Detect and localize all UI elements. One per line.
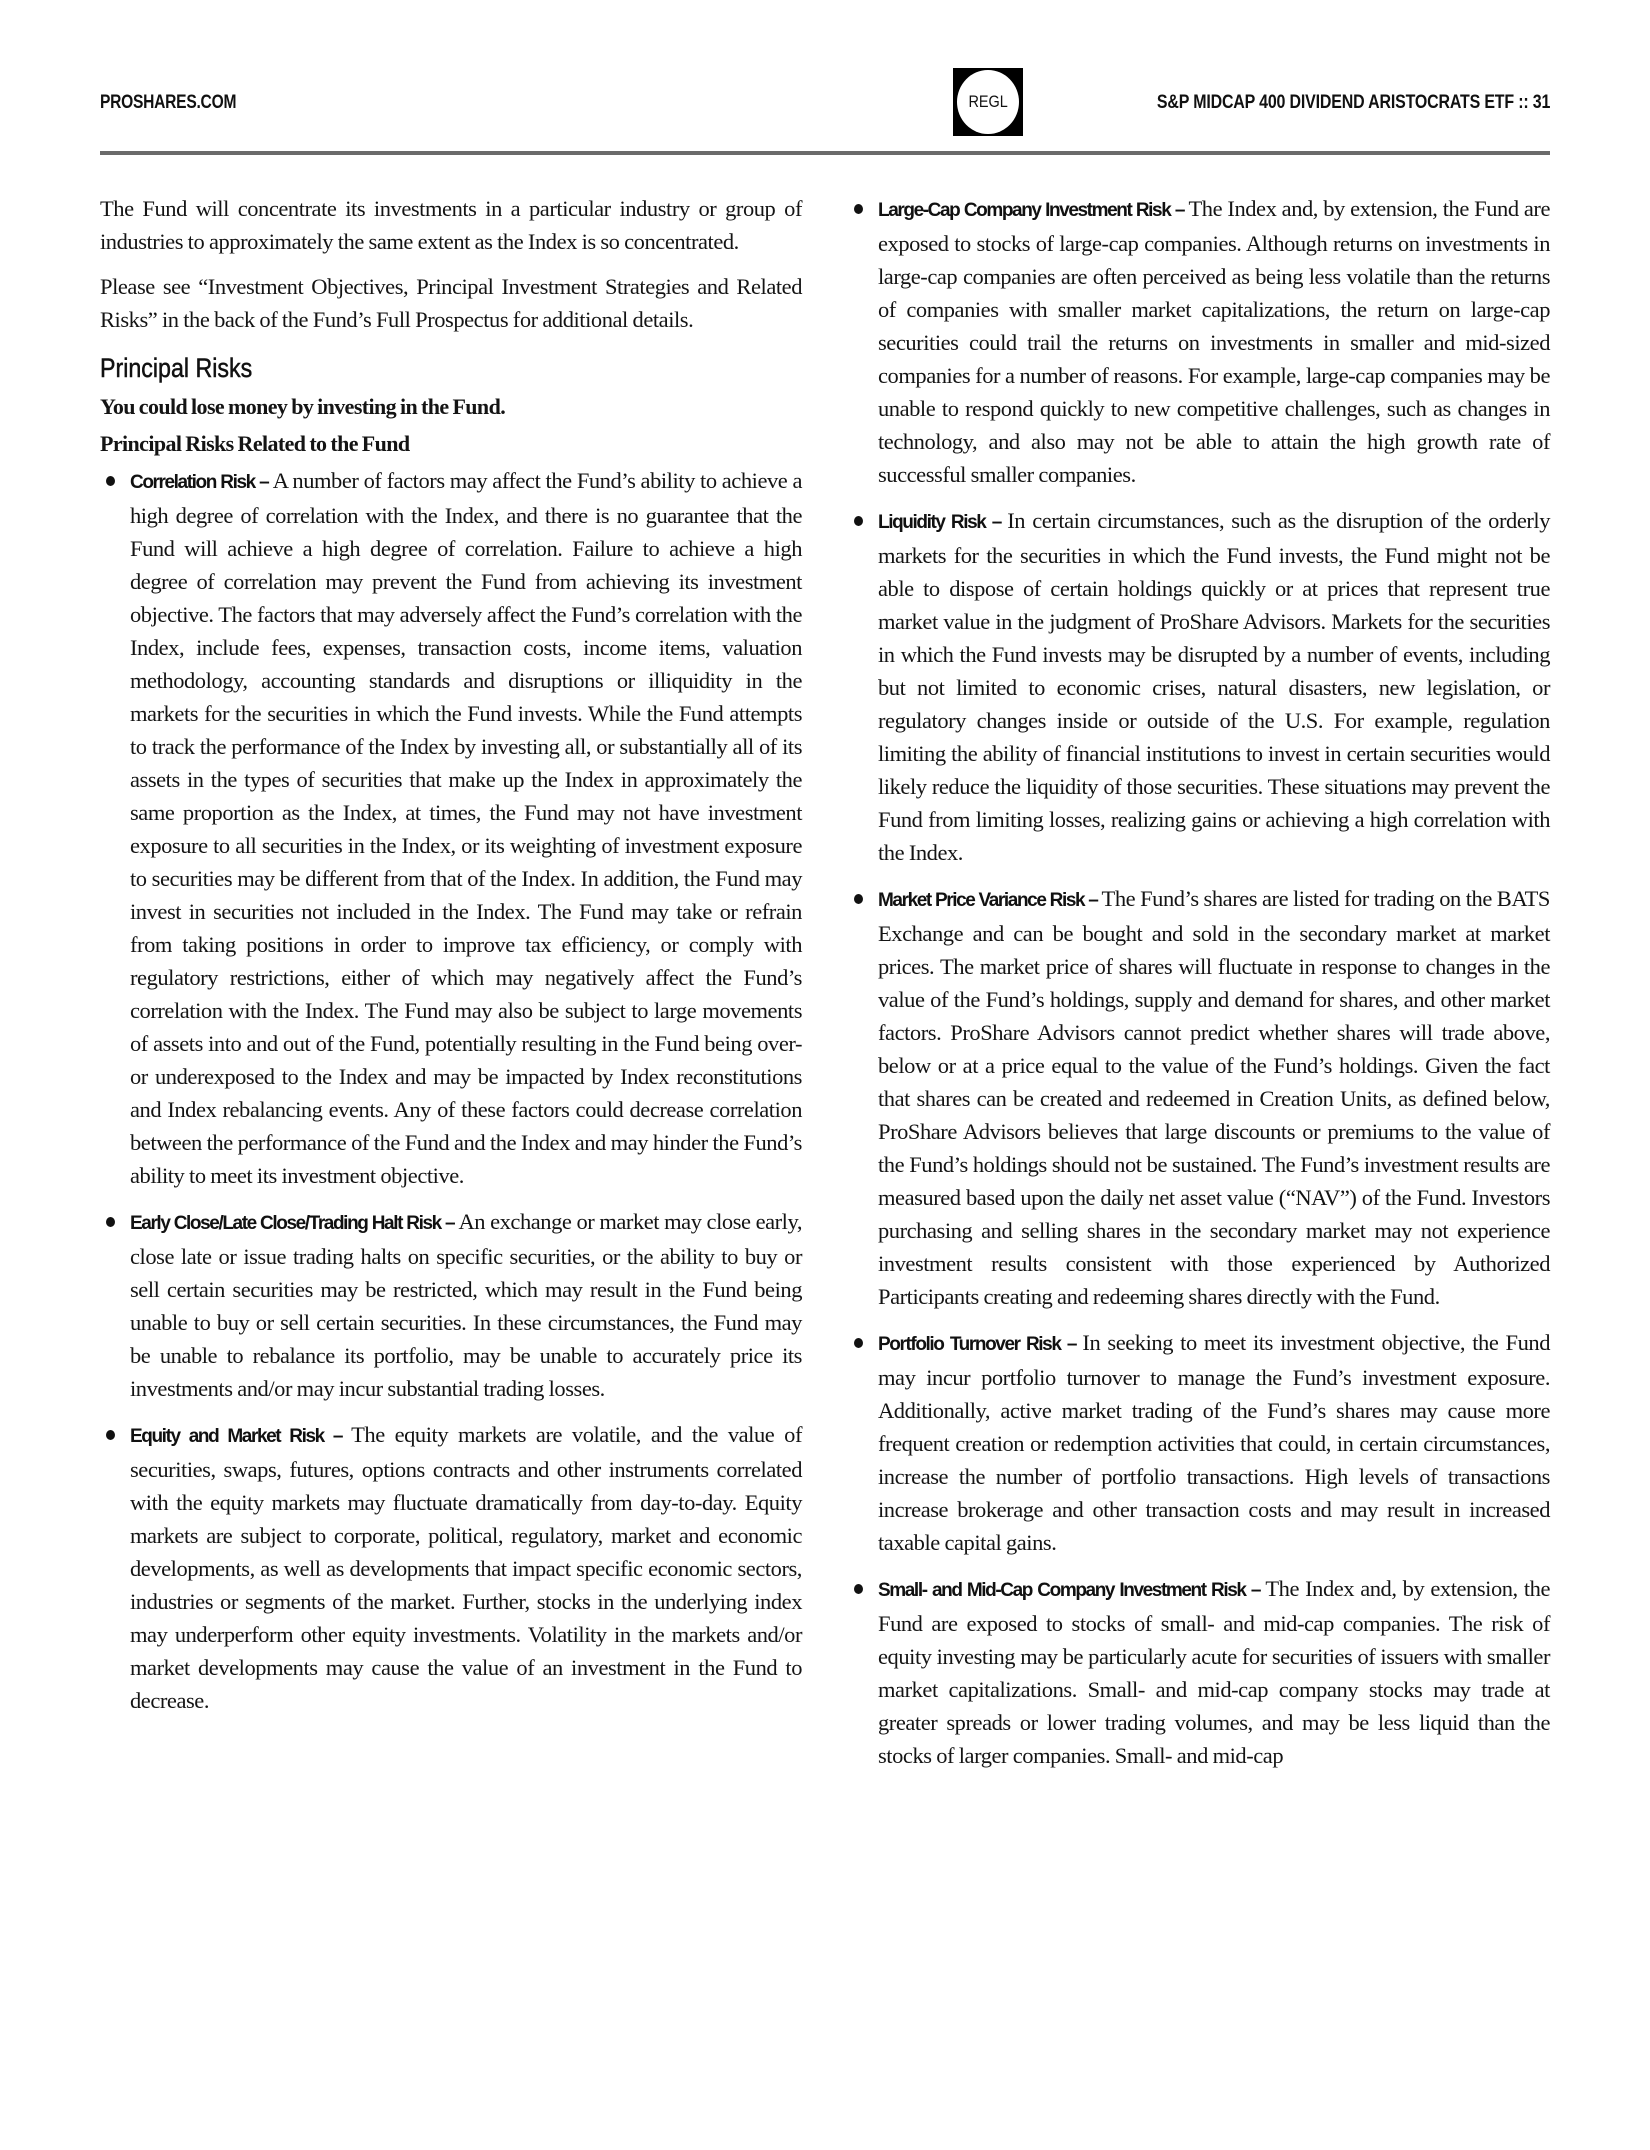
- risk-title: Liquidity Risk –: [878, 512, 1007, 533]
- risk-list: Correlation Risk – A number of factors m…: [100, 464, 802, 1717]
- page-header: PROSHARES.COM REGL S&P MIDCAP 400 DIVIDE…: [100, 62, 1550, 142]
- risk-title: Small- and Mid-Cap Company Investment Ri…: [878, 1580, 1265, 1601]
- risk-item-early-close: Early Close/Late Close/Trading Halt Risk…: [100, 1205, 802, 1405]
- bullet-icon: [106, 1217, 115, 1227]
- subheading-fund-risks: Principal Risks Related to the Fund: [100, 427, 802, 460]
- intro-paragraph: Please see “Investment Objectives, Princ…: [100, 270, 802, 336]
- ticker-badge-circle-icon: REGL: [957, 70, 1019, 134]
- risk-title: Correlation Risk –: [130, 472, 273, 493]
- risk-text: The Fund’s shares are listed for trad­in…: [878, 886, 1550, 1309]
- bullet-icon: [854, 516, 863, 526]
- risk-title: Portfolio Turnover Risk –: [878, 1334, 1082, 1355]
- document-title-page-number: S&P MIDCAP 400 DIVIDEND ARISTOCRATS ETF …: [1157, 92, 1550, 114]
- right-column: Large-Cap Company Investment Risk – The …: [848, 192, 1550, 1785]
- intro-paragraph: The Fund will concentrate its investment…: [100, 192, 802, 258]
- risk-item-portfolio-turnover: Portfolio Turnover Risk – In seeking to …: [848, 1326, 1550, 1559]
- bullet-icon: [854, 1338, 863, 1348]
- risk-item-correlation: Correlation Risk – A number of factors m…: [100, 464, 802, 1192]
- risk-text: The equity markets are volatile, and the…: [130, 1422, 802, 1713]
- section-heading-principal-risks: Principal Risks: [100, 350, 704, 386]
- loss-warning: You could lose money by investing in the…: [100, 390, 802, 423]
- left-column: The Fund will concentrate its investment…: [100, 192, 802, 1730]
- bullet-icon: [106, 1430, 115, 1440]
- risk-text: The Index and, by extension, the Fund ar…: [878, 196, 1550, 487]
- bullet-icon: [854, 894, 863, 904]
- bullet-icon: [106, 476, 115, 486]
- risk-title: Early Close/Late Close/Trading Halt Risk…: [130, 1213, 458, 1234]
- risk-title: Market Price Variance Risk –: [878, 890, 1102, 911]
- risk-item-large-cap: Large-Cap Company Investment Risk – The …: [848, 192, 1550, 491]
- site-name: PROSHARES.COM: [100, 92, 236, 114]
- risk-item-small-mid-cap: Small- and Mid-Cap Company Investment Ri…: [848, 1572, 1550, 1772]
- risk-item-equity-market: Equity and Market Risk – The equity mark…: [100, 1418, 802, 1717]
- risk-item-market-price-variance: Market Price Variance Risk – The Fund’s …: [848, 882, 1550, 1313]
- header-divider: [100, 151, 1550, 155]
- ticker-symbol: REGL: [968, 92, 1007, 112]
- risk-title: Large-Cap Company Investment Risk –: [878, 200, 1189, 221]
- ticker-badge: REGL: [953, 68, 1023, 136]
- risk-text: A number of factors may affect the Fund’…: [130, 468, 802, 1188]
- bullet-icon: [854, 204, 863, 214]
- risk-item-liquidity: Liquidity Risk – In certain circumstance…: [848, 504, 1550, 869]
- risk-text: In seeking to meet its investment object…: [878, 1330, 1550, 1555]
- risk-list: Large-Cap Company Investment Risk – The …: [848, 192, 1550, 1772]
- risk-text: In certain circumstances, such as the di…: [878, 508, 1550, 865]
- risk-text: The Index and, by extension, the Fund ar…: [878, 1576, 1550, 1768]
- bullet-icon: [854, 1584, 863, 1594]
- risk-title: Equity and Market Risk –: [130, 1426, 351, 1447]
- risk-text: An exchange or market may close early, c…: [130, 1209, 802, 1401]
